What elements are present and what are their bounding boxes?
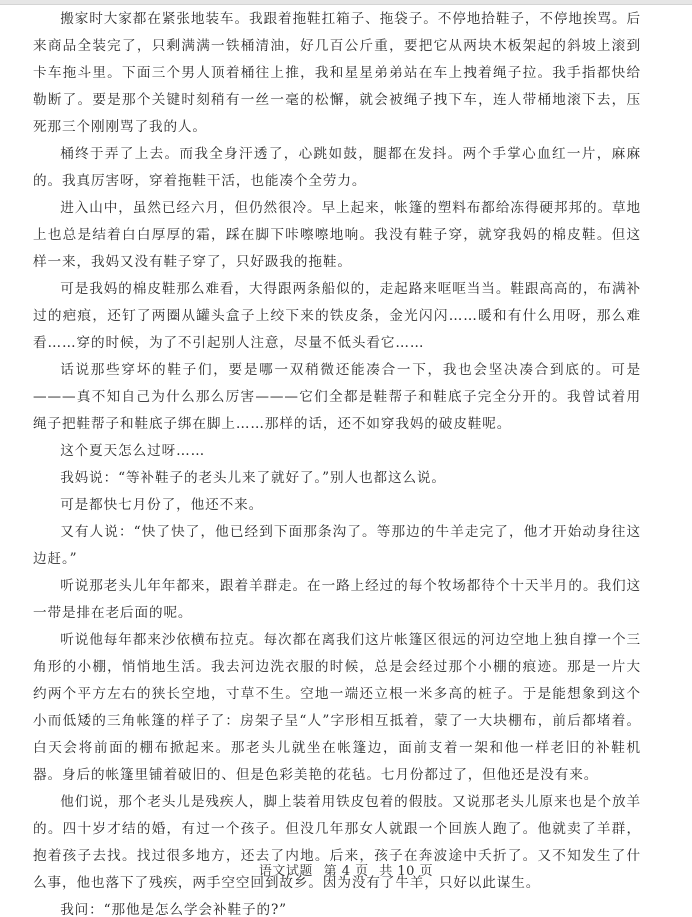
paragraph-question: 我问：“那他是怎么学会补鞋子的?” bbox=[33, 897, 641, 917]
paragraph-barrel-loaded: 桶终于弄了上去。而我全身汗透了，心跳如鼓，腿都在发抖。两个手掌心血红一片，麻麻的… bbox=[33, 141, 641, 195]
paragraph-old-man-story: 他们说，那个老头儿是残疾人，脚上装着用铁皮包着的假肢。又说那老头儿原来也是个放羊… bbox=[33, 789, 641, 897]
paragraph-moving-truck: 搬家时大家都在紧张地装车。我跟着拖鞋扛箱子、拖袋子。不停地拾鞋子，不停地挨骂。后… bbox=[33, 6, 641, 141]
scan-top-border bbox=[0, 0, 692, 5]
paragraph-broken-shoes: 话说那些穿坏的鞋子们，要是哪一双稍微还能凑合一下，我也会坚决凑合到底的。可是——… bbox=[33, 357, 641, 438]
footer-page-number: 第 4 页 bbox=[324, 864, 369, 879]
paragraph-mother-said: 我妈说：“等补鞋子的老头儿来了就好了。”别人也都这么说。 bbox=[33, 465, 641, 492]
paragraph-small-shed: 听说他每年都来沙依横布拉克。每次都在离我们这片帐篷区很远的河边空地上独自撑一个三… bbox=[33, 627, 641, 789]
paragraph-mothers-shoes: 可是我妈的棉皮鞋那么难看，大得跟两条船似的，走起路来哐哐当当。鞋跟高高的，布满补… bbox=[33, 276, 641, 357]
document-body: 搬家时大家都在紧张地装车。我跟着拖鞋扛箱子、拖袋子。不停地拾鞋子，不停地挨骂。后… bbox=[33, 6, 641, 917]
paragraph-july: 可是都快七月份了，他还不来。 bbox=[33, 492, 641, 519]
paragraph-summer: 这个夏天怎么过呀…… bbox=[33, 438, 641, 465]
footer-total-pages: 共 10 页 bbox=[379, 864, 433, 879]
paragraph-someone-said: 又有人说：“快了快了，他已经到下面那条沟了。等那边的牛羊走完了，他才开始动身往这… bbox=[33, 519, 641, 573]
page-footer: 语文试题 第 4 页 共 10 页 bbox=[0, 860, 692, 879]
paragraph-mountain-cold: 进入山中，虽然已经六月，但仍然很冷。早上起来，帐篷的塑料布都给冻得硬邦邦的。草地… bbox=[33, 195, 641, 276]
paragraph-old-man-comes: 听说那老头儿年年都来，跟着羊群走。在一路上经过的每个牧场都待个十天半月的。我们这… bbox=[33, 573, 641, 627]
footer-subject: 语文试题 bbox=[259, 864, 313, 879]
